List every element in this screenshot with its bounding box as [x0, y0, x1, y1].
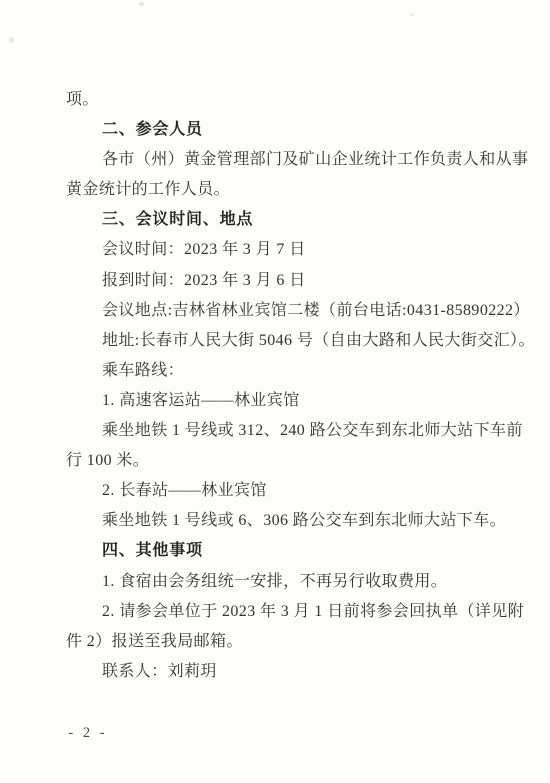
text-line: 黄金统计的工作人员。 — [66, 175, 506, 205]
page-number: - 2 - — [56, 725, 120, 742]
text-line: 2. 长春站——林业宾馆 — [66, 476, 506, 506]
text-line: 1. 食宿由会务组统一安排，不再另行收取费用。 — [66, 567, 506, 597]
text-line: 地址:长春市人民大街 5046 号（自由大路和人民大街交汇）。 — [66, 326, 506, 356]
text-line: 项。 — [66, 85, 506, 115]
text-line: 报到时间：2023 年 3 月 6 日 — [66, 266, 506, 296]
section-heading: 三、会议时间、地点 — [66, 205, 506, 235]
text-line: 乘坐地铁 1 号线或 6、306 路公交车到东北师大站下车。 — [66, 506, 506, 536]
text-line: 1. 高速客运站——林业宾馆 — [66, 386, 506, 416]
text-line: 件 2）报送至我局邮箱。 — [66, 627, 506, 657]
scan-speck — [410, 13, 414, 16]
text-line: 会议时间：2023 年 3 月 7 日 — [66, 235, 506, 265]
scan-speck — [139, 2, 144, 6]
text-line: 乘车路线： — [66, 356, 506, 386]
scan-speck — [9, 37, 14, 43]
document-page: 项。二、参会人员各市（州）黄金管理部门及矿山企业统计工作负责人和从事黄金统计的工… — [0, 0, 550, 783]
section-heading: 二、参会人员 — [66, 115, 506, 145]
text-line: 2. 请参会单位于 2023 年 3 月 1 日前将参会回执单（详见附 — [66, 597, 506, 627]
document-body: 项。二、参会人员各市（州）黄金管理部门及矿山企业统计工作负责人和从事黄金统计的工… — [66, 85, 506, 687]
text-line: 会议地点:吉林省林业宾馆二楼（前台电话:0431-85890222） — [66, 296, 506, 326]
section-heading: 四、其他事项 — [66, 536, 506, 566]
text-line: 乘坐地铁 1 号线或 312、240 路公交车到东北师大站下车前 — [66, 416, 506, 446]
text-line: 各市（州）黄金管理部门及矿山企业统计工作负责人和从事 — [66, 145, 506, 175]
text-line: 联系人：刘莉玥 — [66, 657, 506, 687]
text-line: 行 100 米。 — [66, 446, 506, 476]
